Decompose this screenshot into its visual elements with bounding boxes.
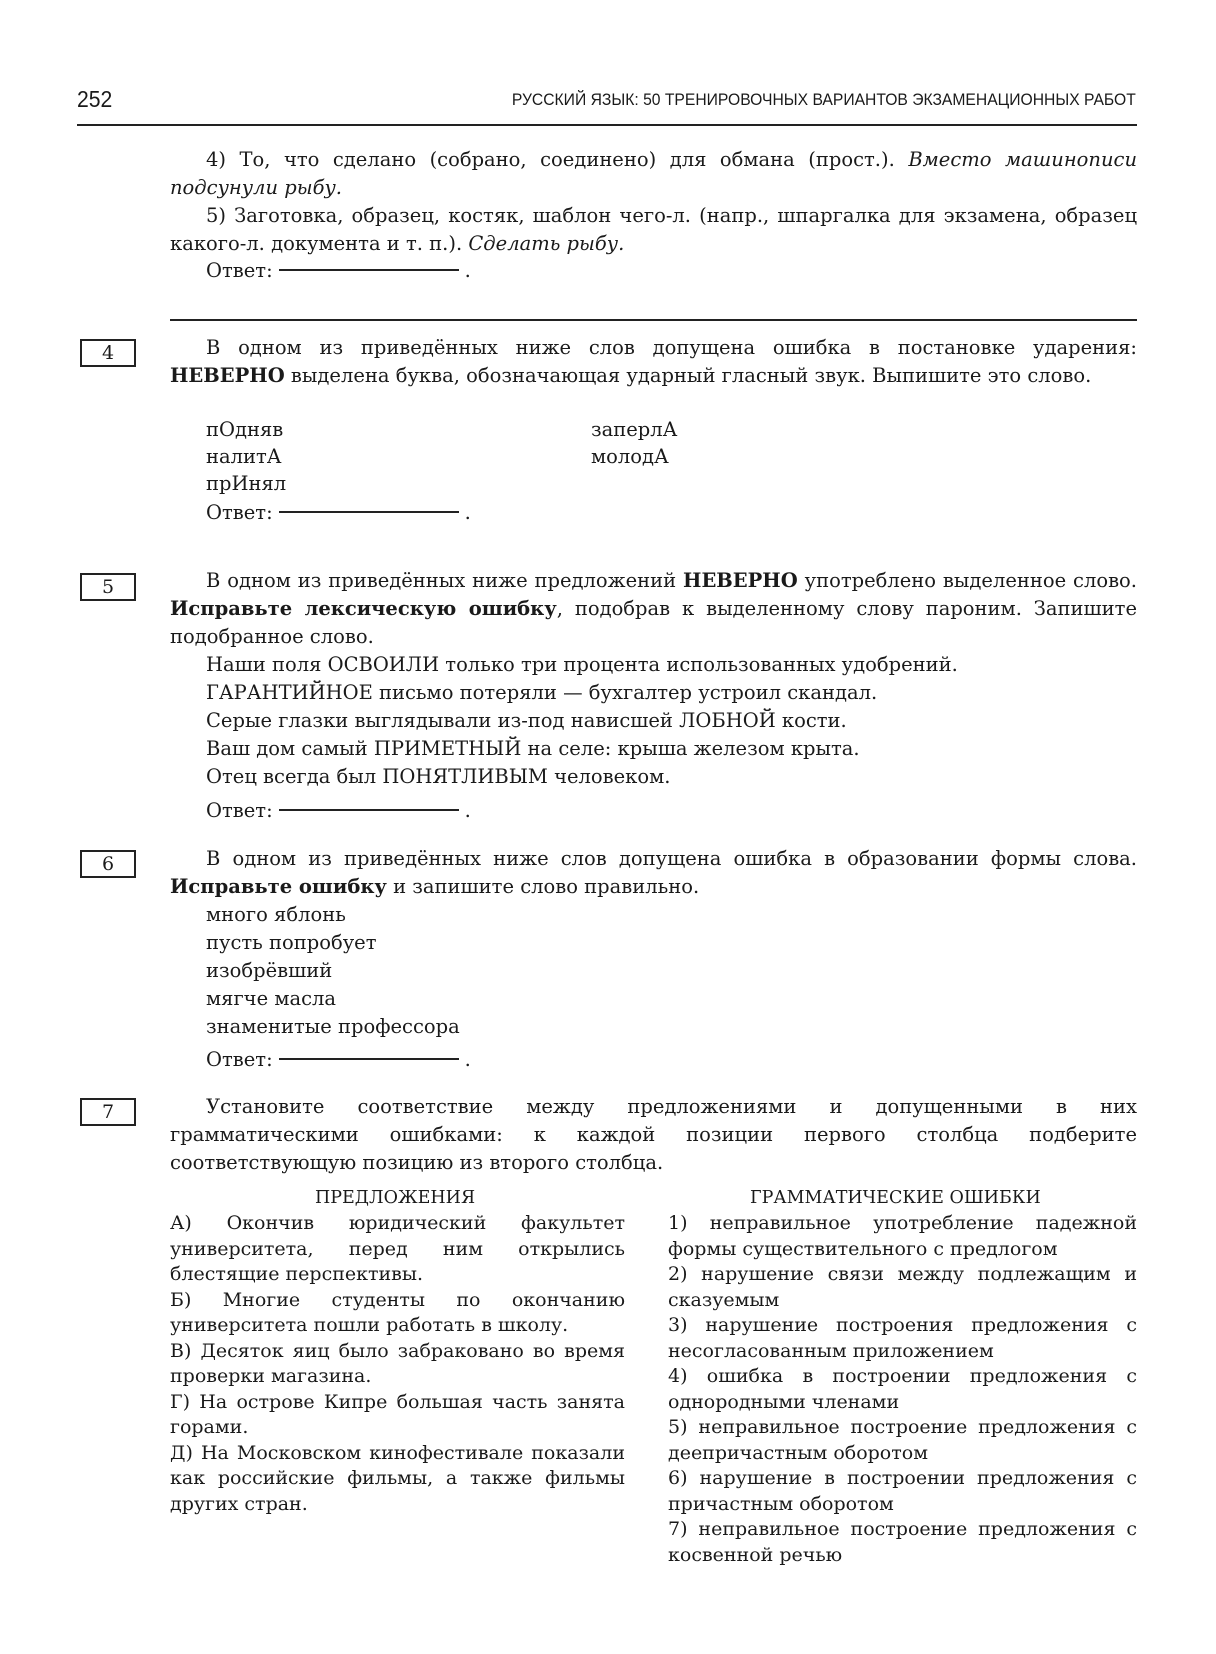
textbook-page: 252 РУССКИЙ ЯЗЫК: 50 ТРЕНИРОВОЧНЫХ ВАРИА… bbox=[0, 0, 1216, 1654]
section-rule bbox=[170, 319, 1137, 321]
task4-word: пОдняв bbox=[206, 416, 283, 443]
task4-word: прИнял bbox=[206, 470, 286, 497]
task-number-box: 5 bbox=[80, 573, 136, 601]
column-heading-errors: ГРАММАТИЧЕСКИЕ ОШИБКИ bbox=[750, 1186, 1041, 1210]
sentence-item: А) Окончив юридический факультет универс… bbox=[170, 1211, 625, 1288]
error-item: 2) нарушение связи между подлежащим и ск… bbox=[668, 1262, 1137, 1313]
answer-blank[interactable] bbox=[279, 809, 459, 811]
task-number-box: 6 bbox=[80, 850, 136, 878]
answer-blank[interactable] bbox=[279, 511, 459, 513]
error-item: 7) неправильное построение предложения с… bbox=[668, 1517, 1137, 1568]
task6-word: изобрёвший bbox=[206, 957, 332, 984]
answer-blank[interactable] bbox=[279, 1058, 459, 1060]
definition-5: 5) Заготовка, образец, костяк, шаблон че… bbox=[170, 202, 1137, 258]
task5-sentence: Наши поля ОСВОИЛИ только три процента ис… bbox=[206, 651, 958, 678]
error-item: 4) ошибка в построении предложения с одн… bbox=[668, 1364, 1137, 1415]
task6-intro: В одном из приведённых ниже слов допущен… bbox=[170, 845, 1137, 901]
errors-column: 1) неправильное употребление падежной фо… bbox=[668, 1211, 1137, 1568]
task-number-box: 7 bbox=[80, 1098, 136, 1126]
task5-intro: В одном из приведённых ниже предложений … bbox=[170, 567, 1137, 651]
sentence-item: Б) Многие студенты по окончанию универси… bbox=[170, 1288, 625, 1339]
task5-sentence: Серые глазки выглядывали из-под нависшей… bbox=[206, 707, 847, 734]
definition-5-example: Сделать рыбу. bbox=[468, 232, 624, 255]
error-item: 6) нарушение в построении предложения с … bbox=[668, 1466, 1137, 1517]
header-rule bbox=[77, 124, 1137, 126]
sentence-item: В) Десяток яиц было забраковано во время… bbox=[170, 1339, 625, 1390]
task5-sentence: ГАРАНТИЙНОЕ письмо потеряли — бухгалтер … bbox=[206, 679, 877, 706]
task6-word: мягче масла bbox=[206, 985, 336, 1012]
answer-line-task6[interactable]: Ответ:. bbox=[206, 1046, 471, 1073]
task4-word: налитА bbox=[206, 443, 282, 470]
task4-word: заперлА bbox=[591, 416, 677, 443]
task5-sentence: Ваш дом самый ПРИМЕТНЫЙ на селе: крыша ж… bbox=[206, 735, 860, 762]
answer-line-task4[interactable]: Ответ:. bbox=[206, 499, 471, 526]
answer-blank[interactable] bbox=[279, 269, 459, 271]
task4-intro: В одном из приведённых ниже слов допущен… bbox=[170, 334, 1137, 390]
task6-word: пусть попробует bbox=[206, 929, 377, 956]
page-number: 252 bbox=[77, 86, 112, 113]
task6-word: знаменитые профессора bbox=[206, 1013, 460, 1040]
task6-word: много яблонь bbox=[206, 901, 346, 928]
sentence-item: Г) На острове Кипре большая часть занята… bbox=[170, 1390, 625, 1441]
error-item: 3) нарушение построения предложения с не… bbox=[668, 1313, 1137, 1364]
sentences-column: А) Окончив юридический факультет универс… bbox=[170, 1211, 625, 1517]
sentence-item: Д) На Московском кинофестивале показали … bbox=[170, 1441, 625, 1518]
task7-intro: Установите соответствие между предложени… bbox=[170, 1093, 1137, 1177]
task-number-box: 4 bbox=[80, 339, 136, 367]
error-item: 1) неправильное употребление падежной фо… bbox=[668, 1211, 1137, 1262]
task4-word: молодА bbox=[591, 443, 669, 470]
answer-line-prev[interactable]: Ответ:. bbox=[206, 257, 471, 284]
answer-line-task5[interactable]: Ответ:. bbox=[206, 797, 471, 824]
task5-sentence: Отец всегда был ПОНЯТЛИВЫМ человеком. bbox=[206, 763, 670, 790]
definition-4: 4) То, что сделано (собрано, соединено) … bbox=[170, 146, 1137, 202]
error-item: 5) неправильное построение предложения с… bbox=[668, 1415, 1137, 1466]
running-title: РУССКИЙ ЯЗЫК: 50 ТРЕНИРОВОЧНЫХ ВАРИАНТОВ… bbox=[512, 91, 1136, 110]
column-heading-sentences: ПРЕДЛОЖЕНИЯ bbox=[315, 1186, 475, 1210]
